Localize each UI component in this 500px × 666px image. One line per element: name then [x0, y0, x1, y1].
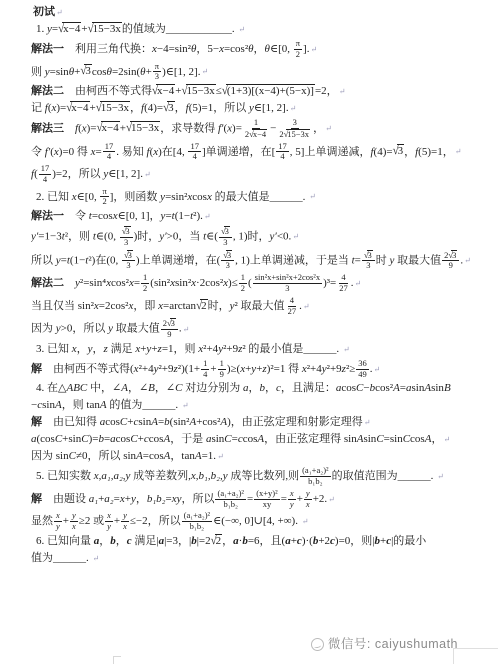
fraction: 19: [218, 359, 226, 380]
sqrt-radical: √x−4: [249, 129, 267, 140]
p1-method-2-line-1: 解法二 由柯西不等式得√x−4+√15−3x≤√(1+3)[(x−4)+(5−x…: [31, 84, 491, 99]
return-mark: ↵: [310, 45, 317, 54]
fraction: √33: [219, 226, 232, 248]
sqrt-radical: √3: [448, 250, 457, 261]
sqrt-radical: √3: [163, 101, 175, 116]
return-mark: ↵: [144, 170, 151, 179]
fraction: 12: [141, 273, 149, 294]
p4-solution-line-3: 因为 sinC≠0，所以 sinA=cosA，tanA=1.↵: [31, 449, 491, 464]
sqrt-radical: √x−4: [152, 84, 175, 99]
fraction: yx: [70, 511, 78, 532]
p2-method-2-line-3: 因为 y>0，所以 y 取最大值2√39.↵: [31, 318, 491, 340]
sqrt-radical: √15−3x: [284, 129, 310, 140]
return-mark: ↵: [204, 212, 211, 221]
fraction: √33: [122, 250, 135, 272]
fraction: 174: [39, 164, 52, 185]
p1-method-2-line-2: 记 f(x)=√x−4+√15−3x，f(4)=√3，f(5)=1，所以 y∈[…: [31, 101, 491, 116]
return-mark: ↵: [238, 25, 245, 34]
return-mark: ↵: [217, 452, 224, 461]
p1-method-3-line-1: 解法三 f(x)=√x−4+√15−3x，求导数得 f′(x)=12√x−4−3…: [31, 118, 491, 140]
fraction: π3: [153, 62, 161, 83]
problem-5-statement: 5. 已知实数 x,a₁,a₂,y 成等差数列,x,b₁,b₂,y 成等比数列,…: [31, 466, 491, 487]
fraction: 2√39: [161, 318, 178, 340]
heading: 初试↵: [31, 5, 491, 20]
sqrt-radical: √3: [393, 144, 405, 159]
scan-artifact: [113, 656, 121, 664]
return-mark: ↵: [56, 8, 63, 17]
p4-statement-cont: −csinA，则 tanA 的值为______. ↵: [31, 398, 491, 413]
sqrt-radical: √15−3x: [181, 84, 215, 99]
sqrt-radical: √3: [364, 250, 373, 261]
fraction: 427: [337, 273, 350, 294]
fraction: xy: [105, 511, 113, 532]
sqrt-radical: √3: [223, 250, 232, 261]
sqrt-radical: √15−3x: [88, 22, 122, 37]
fraction: xy: [288, 489, 296, 510]
fraction: 14: [201, 359, 209, 380]
return-mark: ↵: [455, 147, 462, 156]
return-mark: ↵: [303, 302, 310, 311]
problem-4-statement: 4. 在△ABC 中，∠A，∠B，∠C 对边分别为 a，b，c，且满足：acos…: [31, 381, 491, 396]
problem-1-statement: 1. y=√x−4+√15−3x的值域为____________. ↵: [31, 22, 491, 37]
p1-method-1-line-1: 解法一 利用三角代换：x−4=sin²θ，5−x=cos²θ，θ∈[0, π2]…: [31, 39, 491, 60]
fraction: √33: [120, 226, 133, 248]
return-mark: ↵: [183, 325, 190, 334]
sqrt-radical: √x−4: [97, 121, 120, 136]
return-mark: ↵: [343, 345, 350, 354]
fraction: sin²x+sin²x+2cos²x3: [253, 273, 322, 294]
sqrt-radical: √2: [211, 534, 223, 549]
sqrt-radical: √15−3x: [126, 121, 160, 136]
fraction: 174: [103, 142, 116, 163]
return-mark: ↵: [290, 104, 297, 113]
sqrt-radical: √3: [167, 318, 176, 329]
fraction: 3649: [356, 359, 369, 380]
sqrt-radical: √(1+3)[(x−4)+(5−x)]: [222, 84, 315, 99]
fraction: π2: [100, 187, 108, 208]
wechat-logo-icon: [311, 638, 324, 651]
fraction: 32√15−3x: [277, 118, 312, 140]
fraction: 174: [276, 142, 289, 163]
return-mark: ↵: [292, 232, 299, 241]
fraction: 12: [239, 273, 247, 294]
fraction: √33: [362, 250, 375, 272]
fraction: (a₁+a₂)²b₁b₂: [182, 511, 212, 532]
document-page: 初试↵1. y=√x−4+√15−3x的值域为____________. ↵解法…: [0, 0, 500, 666]
return-mark: ↵: [339, 87, 346, 96]
p4-solution-line-1: 解 由已知得 acosC+csinA=b(sin²A+cos²A)，由正弦定理和…: [31, 415, 491, 430]
p2-method-1-line-2: y′=1−3t²，则 t∈(0, √33)时，y′>0，当 t∈(√33, 1)…: [31, 226, 491, 248]
fraction: π2: [294, 39, 302, 60]
fraction: 2√39: [442, 250, 459, 272]
return-mark: ↵: [182, 401, 189, 410]
return-mark: ↵: [309, 192, 316, 201]
sqrt-radical: √15−3x: [96, 101, 130, 116]
sqrt-radical: √3: [221, 226, 230, 237]
p2-method-2-line-2: 当且仅当 sin²x=2cos²x，即 x=arctan√2时，y² 取最大值4…: [31, 296, 491, 317]
return-mark: ↵: [302, 517, 309, 526]
sqrt-radical: √x−4: [66, 101, 89, 116]
p3-solution: 解 由柯西不等式得(x²+4y²+9z²)(1+14+19)≥(x+y+z)²=…: [31, 359, 491, 380]
sqrt-radical: √3: [124, 250, 133, 261]
fraction: (x+y)²xy: [254, 489, 280, 510]
p5-solution-line-2: 显然xy+yx≥2 或xy+yx≤−2，所以(a₁+a₂)²b₁b₂∈(−∞, …: [31, 511, 491, 532]
scan-artifact: [453, 648, 498, 664]
return-mark: ↵: [325, 124, 332, 133]
problem-3-statement: 3. 已知 x，y，z 满足 x+y+z=1，则 x²+4y²+9z² 的最小值…: [31, 342, 491, 357]
watermark: 微信号: caiyushumath: [309, 637, 460, 652]
return-mark: ↵: [355, 279, 362, 288]
document-lines: 初试↵1. y=√x−4+√15−3x的值域为____________. ↵解法…: [31, 3, 491, 566]
problem-6-statement: 6. 已知向量 a，b，c 满足|a|=3，|b|=2√2，a·b=6，且(a+…: [31, 534, 491, 549]
sqrt-radical: √x−4: [58, 22, 81, 37]
sqrt-radical: √3: [122, 226, 131, 237]
fraction: 12√x−4: [243, 118, 269, 140]
fraction: yx: [121, 511, 129, 532]
sqrt-radical: √3: [80, 64, 92, 79]
return-mark: ↵: [201, 67, 208, 76]
fraction: 427: [286, 296, 299, 317]
p4-solution-line-2: a(cosC+sinC)=b=acosC+ccosA，于是 asinC=ccos…: [31, 432, 491, 447]
p2-method-1-line-3: 所以 y=t(1−t²)在(0, √33)上单调递增，在(√33, 1)上单调递…: [31, 250, 491, 272]
p1-method-1-line-2: 则 y=sinθ+√3cosθ=2sin(θ+π3)∈[1, 2].↵: [31, 62, 491, 83]
fraction: (a₁+a₂)²b₁b₂: [300, 466, 330, 487]
p6-statement-cont: 值为______. ↵: [31, 551, 491, 566]
p1-method-3-line-3: f(174)=2，所以 y∈[1, 2].↵: [31, 164, 491, 185]
return-mark: ↵: [464, 256, 471, 265]
fraction: 174: [188, 142, 201, 163]
fraction: xy: [54, 511, 62, 532]
return-mark: ↵: [374, 365, 381, 374]
return-mark: ↵: [93, 554, 100, 563]
p1-method-3-line-2: 令 f′(x)=0 得 x=174. 易知 f(x)在[4, 174]单调递增，…: [31, 142, 491, 163]
return-mark: ↵: [437, 472, 444, 481]
watermark-text: 微信号: caiyushumath: [328, 637, 458, 652]
p2-method-2-line-1: 解法二 y²=sin⁴xcos²x=12(sin²xsin²x·2cos²x)≤…: [31, 273, 491, 294]
return-mark: ↵: [364, 418, 371, 427]
return-mark: ↵: [443, 435, 450, 444]
problem-2-statement: 2. 已知 x∈[0, π2]，则函数 y=sin²xcosx 的最大值是___…: [31, 187, 491, 208]
p5-solution-line-1: 解 由题设 a₁+a₂=x+y，b₁b₂=xy，所以(a₁+a₂)²b₁b₂=(…: [31, 489, 491, 510]
fraction: yx: [304, 489, 312, 510]
sqrt-radical: √2: [196, 299, 208, 314]
return-mark: ↵: [328, 495, 335, 504]
fraction: (a₁+a₂)²b₁b₂: [215, 489, 245, 510]
fraction: √33: [221, 250, 234, 272]
p2-method-1-line-1: 解法一 令 t=cosx∈[0, 1]，y=t(1−t²).↵: [31, 209, 491, 224]
